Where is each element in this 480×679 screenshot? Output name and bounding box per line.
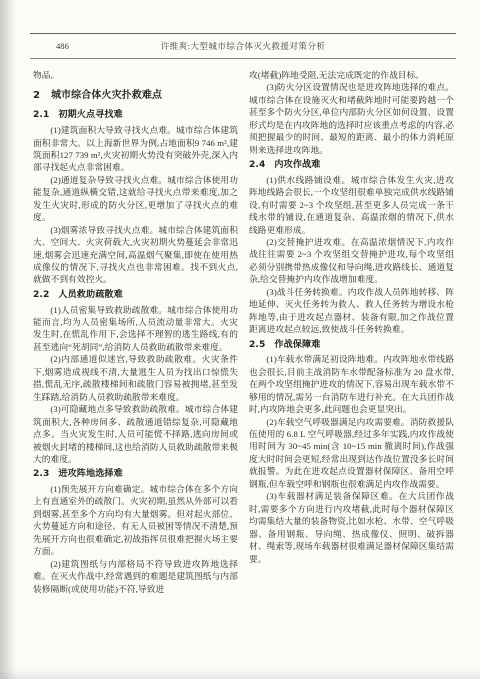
paragraph: (1)车载水带满足初设阵地难。内攻阵地水带线路也会很长,目前主战消防车水带配备标… bbox=[249, 353, 454, 415]
section-title: 内攻作战难 bbox=[274, 160, 320, 170]
paragraph: (2)建筑图纸与内部格局不符导致进攻阵地选择难。在灭火作战中,经常遇到的难题是建… bbox=[33, 558, 238, 595]
left-column: 物品。 2城市综合体火灾扑救难点 2.1初期火点寻找难 (1)建筑面积大导致寻找… bbox=[33, 69, 238, 595]
section-number: 2.3 bbox=[33, 469, 49, 479]
page-header: 486 许维爽:大型城市综合体灭火救援对策分析 bbox=[30, 33, 456, 59]
paragraph: (1)人员密集导致救助疏散难。城市综合体使用功能而言,均为人员密集场所,人员流动… bbox=[33, 304, 238, 354]
section-title: 城市综合体火灾扑救难点 bbox=[51, 90, 162, 101]
paragraph: (3)可隐藏地点多导致救助疏散难。城市综合体建筑面积大,各种房间多、疏散通道错综… bbox=[33, 403, 238, 465]
section-title: 进攻阵地选择难 bbox=[58, 469, 122, 479]
paragraph: 物品。 bbox=[33, 69, 238, 81]
subsection-heading: 2.4内攻作战难 bbox=[249, 159, 454, 172]
section-number: 2.1 bbox=[33, 110, 49, 120]
subsection-heading: 2.5作战保障难 bbox=[249, 339, 454, 352]
paragraph: (1)建筑面积大导致寻找火点难。城市综合体建筑面积非常大。以上海新世界为例,占地… bbox=[33, 124, 238, 174]
subsection-heading: 2.1初期火点寻找难 bbox=[33, 109, 238, 122]
section-number: 2 bbox=[33, 90, 40, 101]
paragraph: (3)烟雾浓导致寻找火点难。城市综合体建筑面积大、空间大、火灾荷载大,火灾初期火… bbox=[33, 224, 238, 286]
running-title: 许维爽:大型城市综合体灭火救援对策分析 bbox=[30, 41, 456, 52]
section-number: 2.2 bbox=[33, 290, 49, 300]
section-title: 初期火点寻找难 bbox=[58, 110, 122, 120]
section-number: 2.4 bbox=[249, 160, 265, 170]
paragraph: (2)内部通道似迷宫,导致救助疏散难。火灾条件下,烟雾造成视线不清,大量逃生人员… bbox=[33, 353, 238, 403]
paragraph: (3)战斗任务转换难。内攻作战人员阵地转移、阵地延伸、灭火任务转为救人、救人任务… bbox=[249, 286, 454, 336]
section-heading: 2城市综合体火灾扑救难点 bbox=[33, 89, 238, 102]
paper-page: 486 许维爽:大型城市综合体灭火救援对策分析 物品。 2城市综合体火灾扑救难点… bbox=[0, 0, 480, 679]
subsection-heading: 2.3进攻阵地选择难 bbox=[33, 468, 238, 481]
section-title: 作战保障难 bbox=[274, 340, 320, 350]
paragraph: (2)交替掩护进攻难。在高温浓烟情况下,内攻作战往往需要 2~3 个攻坚组交替掩… bbox=[249, 236, 454, 286]
article-body: 物品。 2城市综合体火灾扑救难点 2.1初期火点寻找难 (1)建筑面积大导致寻找… bbox=[33, 69, 454, 595]
paragraph: (1)供水线路铺设难。城市综合体发生火灾,进攻阵地线路会很长,一个攻坚组很难单独… bbox=[249, 174, 454, 236]
section-title: 人员救助疏散难 bbox=[58, 290, 122, 300]
paragraph: (3)车载器材满足装备保障区难。在大兵团作战时,需要多个方向进行内攻堵截,此时每… bbox=[249, 490, 454, 565]
paragraph: (2)车载空气呼吸器满足内攻需要难。消防救援队伍使用的 6.8 L 空气呼吸器,… bbox=[249, 416, 454, 491]
paragraph: 攻(堵截)阵地受阻,无法完成既定的作战目标。 bbox=[249, 69, 454, 81]
paragraph: (3)防火分区设置情况也是进攻阵地选择的难点。城市综合体在设施灭火和堵截阵地时可… bbox=[249, 81, 454, 156]
right-column: 攻(堵截)阵地受阻,无法完成既定的作战目标。 (3)防火分区设置情况也是进攻阵地… bbox=[249, 69, 454, 595]
subsection-heading: 2.2人员救助疏散难 bbox=[33, 289, 238, 302]
paragraph: (2)通道复杂导致寻找火点难。城市综合体使用功能复杂,通道纵横交错,这就给寻找火… bbox=[33, 174, 238, 224]
paragraph: (1)预先展开方向难确定。城市综合体在多个方向上有直通室外的疏散门。火灾初期,虽… bbox=[33, 483, 238, 558]
section-number: 2.5 bbox=[249, 340, 265, 350]
